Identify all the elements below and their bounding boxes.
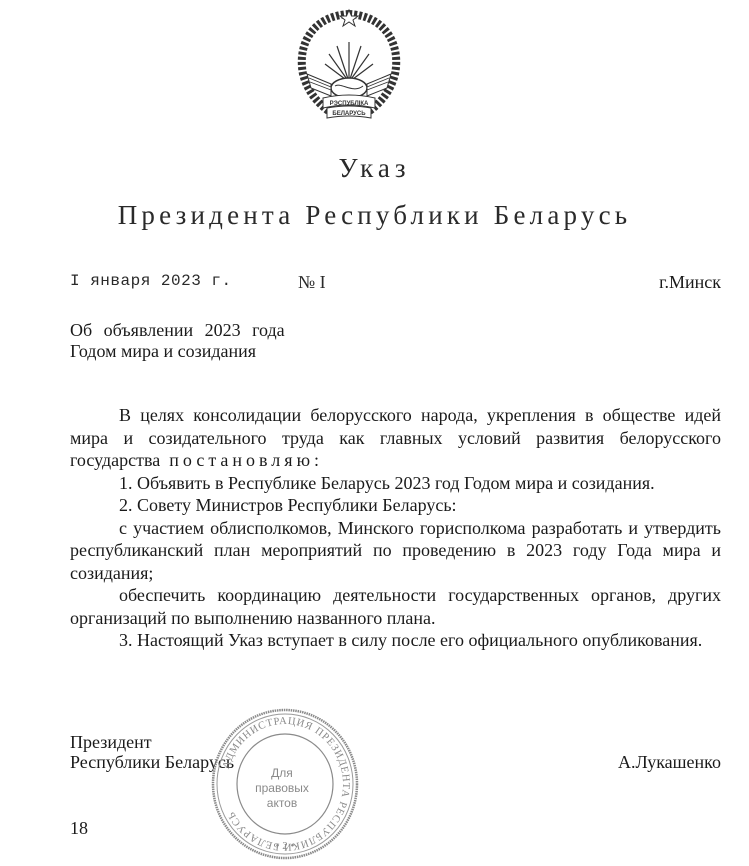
svg-text:БЕЛАРУСЬ: БЕЛАРУСЬ xyxy=(332,111,366,117)
document-title: Указ xyxy=(0,153,749,184)
item-3: 3. Настоящий Указ вступает в силу после … xyxy=(70,629,721,652)
decree-subject: Об объявлении 2023 года Годом мира и соз… xyxy=(70,320,285,362)
stamp-line-3: актов xyxy=(232,796,332,811)
stamp-center-text: Для правовых актов xyxy=(232,766,332,811)
subject-line-1: Об объявлении 2023 года xyxy=(70,320,285,341)
item-1: 1. Объявить в Республике Беларусь 2023 г… xyxy=(70,472,721,495)
preamble-paragraph: В целях консолидации белорусского народа… xyxy=(70,404,721,472)
preamble-text: В целях консолидации белорусского народа… xyxy=(70,405,721,470)
item-2-sub-a: с участием облисполкомов, Минского горис… xyxy=(70,517,721,585)
stamp-line-1: Для xyxy=(232,766,332,781)
state-emblem-icon: РЭСПУБЛІКА БЕЛАРУСЬ xyxy=(293,8,405,126)
decree-city: г.Минск xyxy=(659,272,721,293)
decree-word: постановляю: xyxy=(169,450,323,470)
item-2: 2. Совету Министров Республики Беларусь: xyxy=(70,494,721,517)
decree-body: В целях консолидации белорусского народа… xyxy=(70,404,721,652)
decree-date: I января 2023 г. xyxy=(70,272,232,290)
stamp-line-2: правовых xyxy=(232,781,332,796)
signatory-name: А.Лукашенко xyxy=(618,752,721,773)
page-number: 18 xyxy=(70,818,88,839)
item-2-sub-b: обеспечить координацию деятельности госу… xyxy=(70,584,721,629)
decree-number: № I xyxy=(298,272,326,293)
svg-text:РЭСПУБЛІКА: РЭСПУБЛІКА xyxy=(330,101,369,107)
document-subtitle: Президента Республики Беларусь xyxy=(0,200,749,231)
svg-text:• 2 •: • 2 • xyxy=(276,840,295,852)
subject-line-2: Годом мира и созидания xyxy=(70,341,285,362)
